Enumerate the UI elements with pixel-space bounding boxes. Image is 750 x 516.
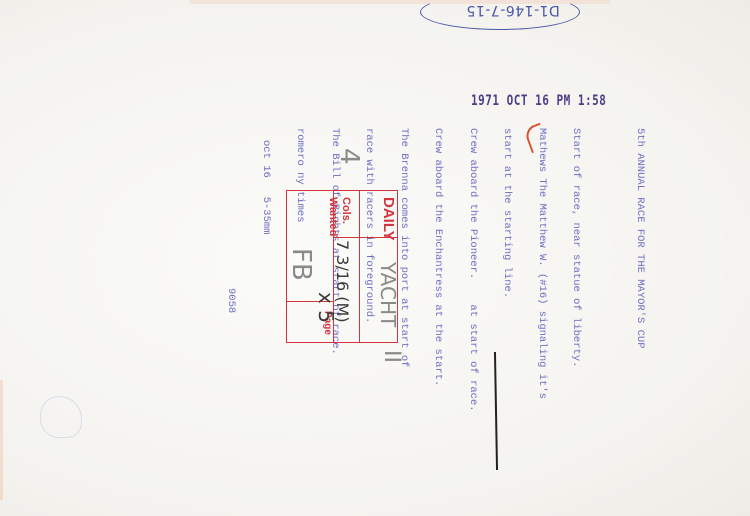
- typed-caption: 5th ANNUAL RACE FOR THE MAYOR'S CUP Star…: [214, 128, 669, 412]
- caption-date: oct 16 5-35mm: [260, 128, 272, 412]
- caption-title: 5th ANNUAL RACE FOR THE MAYOR'S CUP: [634, 128, 646, 412]
- caption-code: 9058: [225, 128, 237, 412]
- stamp-title: DAILY: [380, 197, 397, 241]
- handwritten-crop-mark: FB: [286, 248, 316, 281]
- faint-blue-mark: [40, 396, 82, 438]
- handwritten-roman-numeral: II: [379, 350, 404, 363]
- stamp-cols-label: Cols.: [340, 197, 352, 224]
- file-number: D1-146-7-15: [466, 2, 560, 18]
- stamp-wanted-label: Wanted: [327, 197, 339, 236]
- caption-line: Crew aboard the Enchantress at the start…: [432, 128, 444, 412]
- pencil-check-mark: 4: [334, 148, 364, 165]
- caption-line: start at the starting line.: [501, 128, 513, 412]
- paper-edge-stain: [0, 380, 3, 500]
- caption-line: Start of race, near statue of liberty.: [570, 128, 582, 412]
- date-stamp: 1971 OCT 16 PM 1:58: [471, 92, 606, 108]
- stamp-divider: [359, 191, 360, 342]
- caption-line: Mathews The Matthew W. (#16) signaling i…: [536, 128, 548, 412]
- handwritten-size-value: x 5: [314, 292, 338, 323]
- caption-line: Crew aboard the Pioneer. at start of rac…: [467, 128, 479, 412]
- handwritten-section: YACHT: [376, 262, 400, 327]
